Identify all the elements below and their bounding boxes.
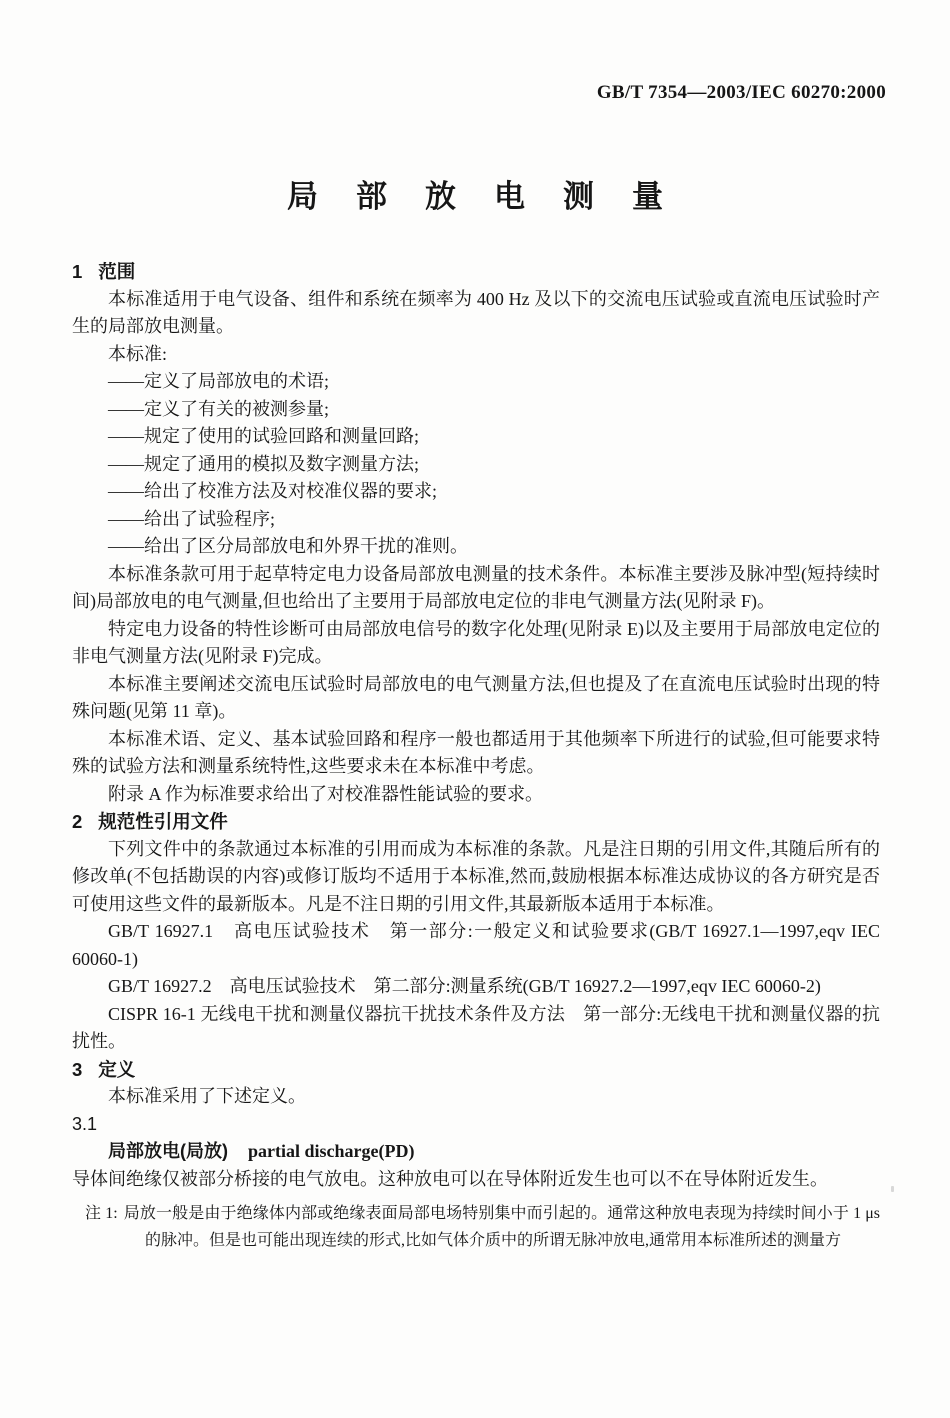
note-1: 注 1:局放一般是由于绝缘体内部或绝缘表面局部电场特别集中而引起的。通常这种放电…	[72, 1200, 880, 1254]
scope-list-item: ——给出了试验程序;	[72, 506, 880, 534]
reference-item: GB/T 16927.2 高电压试验技术 第二部分:测量系统(GB/T 1692…	[72, 973, 880, 1001]
section-2-number: 2	[72, 811, 82, 832]
section-2-heading: 2规范性引用文件	[72, 808, 880, 836]
scope-paragraph-3: 本标准条款可用于起草特定电力设备局部放电测量的技术条件。本标准主要涉及脉冲型(短…	[72, 561, 880, 616]
document-title: 局部放电测量	[0, 171, 950, 216]
scope-list-item: ——定义了局部放电的术语;	[72, 368, 880, 396]
scope-paragraph-4: 特定电力设备的特性诊断可由局部放电信号的数字化处理(见附录 E)以及主要用于局部…	[72, 616, 880, 671]
section-3-title: 定义	[98, 1059, 135, 1080]
section-3-number: 3	[72, 1059, 82, 1080]
subsection-number: 3.1	[72, 1111, 880, 1139]
scope-paragraph-6: 本标准术语、定义、基本试验回路和程序一般也都适用于其他频率下所进行的试验,但可能…	[72, 726, 880, 781]
reference-item: GB/T 16927.1 高电压试验技术 第一部分:一般定义和试验要求(GB/T…	[72, 918, 880, 973]
term-english: partial discharge(PD)	[248, 1141, 414, 1161]
section-1-title: 范围	[98, 261, 135, 282]
note-text: 局放一般是由于绝缘体内部或绝缘表面局部电场特别集中而引起的。通常这种放电表现为持…	[124, 1205, 880, 1249]
section-2-title: 规范性引用文件	[98, 811, 228, 832]
scan-artifact	[891, 1186, 894, 1192]
document-body: 1范围 本标准适用于电气设备、组件和系统在频率为 400 Hz 及以下的交流电压…	[72, 258, 880, 1254]
scope-paragraph-2: 本标准:	[72, 341, 880, 369]
standard-number: GB/T 7354—2003/IEC 60270:2000	[597, 82, 886, 104]
scope-list-item: ——给出了校准方法及对校准仪器的要求;	[72, 478, 880, 506]
section-1-heading: 1范围	[72, 258, 880, 286]
scope-list-item: ——定义了有关的被测参量;	[72, 396, 880, 424]
section-3-heading: 3定义	[72, 1056, 880, 1084]
definition-paragraph: 导体间绝缘仅被部分桥接的电气放电。这种放电可以在导体附近发生也可以不在导体附近发…	[72, 1166, 880, 1194]
scope-list-item: ——给出了区分局部放电和外界干扰的准则。	[72, 533, 880, 561]
scope-list-item: ——规定了通用的模拟及数字测量方法;	[72, 451, 880, 479]
note-label: 注 1:	[85, 1205, 118, 1222]
scope-list-item: ——规定了使用的试验回路和测量回路;	[72, 423, 880, 451]
definitions-intro-paragraph: 本标准采用了下述定义。	[72, 1083, 880, 1111]
term-chinese: 局部放电(局放)	[108, 1141, 228, 1161]
term-line: 局部放电(局放)partial discharge(PD)	[72, 1138, 880, 1166]
references-intro-paragraph: 下列文件中的条款通过本标准的引用而成为本标准的条款。凡是注日期的引用文件,其随后…	[72, 836, 880, 919]
scope-paragraph-5: 本标准主要阐述交流电压试验时局部放电的电气测量方法,但也提及了在直流电压试验时出…	[72, 671, 880, 726]
reference-item: CISPR 16-1 无线电干扰和测量仪器抗干扰技术条件及方法 第一部分:无线电…	[72, 1001, 880, 1056]
scope-paragraph-1: 本标准适用于电气设备、组件和系统在频率为 400 Hz 及以下的交流电压试验或直…	[72, 286, 880, 341]
scope-paragraph-7: 附录 A 作为标准要求给出了对校准器性能试验的要求。	[72, 781, 880, 809]
section-1-number: 1	[72, 261, 82, 282]
document-page: GB/T 7354—2003/IEC 60270:2000 局部放电测量 1范围…	[0, 0, 950, 1418]
